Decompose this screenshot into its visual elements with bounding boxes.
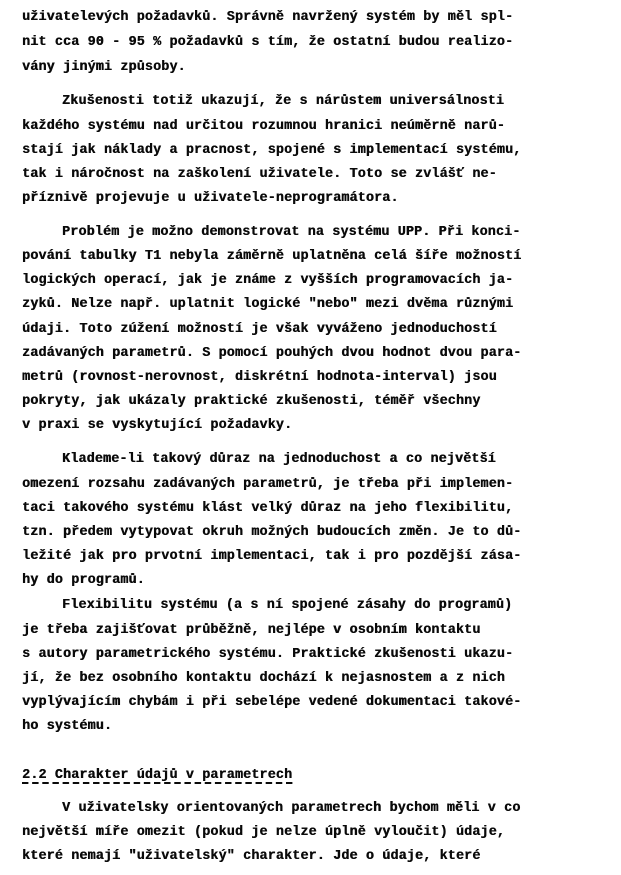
- text-line: jí, že bez osobního kontaktu dochází k n…: [22, 669, 505, 689]
- text-line: logických operací, jak je známe z vyššíc…: [22, 271, 513, 291]
- text-line: V uživatelsky orientovaných parametrech …: [62, 799, 520, 819]
- text-line: Flexibilitu systému (a s ní spojené zása…: [62, 596, 512, 616]
- text-line: každého systému nad určitou rozumnou hra…: [22, 117, 505, 137]
- text-line: které nemají "uživatelský" charakter. Jd…: [22, 847, 480, 867]
- text-line: tak i náročnost na zaškolení uživatele. …: [22, 165, 497, 185]
- text-line: vyplývajícím chybám i při sebelépe veden…: [22, 693, 521, 713]
- text-line: tzn. předem vytypovat okruh možných budo…: [22, 523, 521, 543]
- text-line: metrů (rovnost-nerovnost, diskrétní hodn…: [22, 368, 497, 388]
- text-line: údaji. Toto zúžení možností je však vyvá…: [22, 320, 497, 340]
- text-line: zadávaných parametrů. S pomocí pouhých d…: [22, 344, 521, 364]
- text-line: Zkušenosti totiž ukazují, že s nárůstem …: [62, 92, 504, 112]
- text-line: Problém je možno demonstrovat na systému…: [62, 223, 520, 243]
- text-line: ho systému.: [22, 717, 112, 737]
- text-line: taci takového systému klást velký důraz …: [22, 499, 513, 519]
- section-heading: 2.2 Charakter údajů v parametrech: [22, 766, 292, 786]
- text-line: stají jak náklady a pracnost, spojené s …: [22, 141, 521, 161]
- text-line: pokryty, jak ukázaly praktické zkušenost…: [22, 392, 480, 412]
- text-line: Klademe-li takový důraz na jednoduchost …: [62, 450, 496, 470]
- text-line: ležité jak pro prvotní implementaci, tak…: [22, 547, 521, 567]
- document-page: uživatelevých požadavků. Správně navržen…: [0, 0, 621, 875]
- text-line: omezení rozsahu zadávaných parametrů, je…: [22, 475, 513, 495]
- text-line: s autory parametrického systému. Praktic…: [22, 645, 513, 665]
- text-line: největší míře omezit (pokud je nelze úpl…: [22, 823, 505, 843]
- text-line: uživatelevých požadavků. Správně navržen…: [22, 8, 513, 28]
- text-line: pování tabulky T1 nebyla záměrně uplatně…: [22, 247, 521, 267]
- text-line: vány jinými způsoby.: [22, 58, 186, 78]
- text-line: je třeba zajišťovat průběžně, nejlépe v …: [22, 621, 480, 641]
- text-line: zyků. Nelze např. uplatnit logické "nebo…: [22, 295, 513, 315]
- text-line: hy do programů.: [22, 571, 145, 591]
- text-line: příznivě projevuje u uživatele-neprogram…: [22, 189, 399, 209]
- text-line: v praxi se vyskytující požadavky.: [22, 416, 292, 436]
- text-line: nit cca 90 - 95 % požadavků s tím, že os…: [22, 33, 513, 53]
